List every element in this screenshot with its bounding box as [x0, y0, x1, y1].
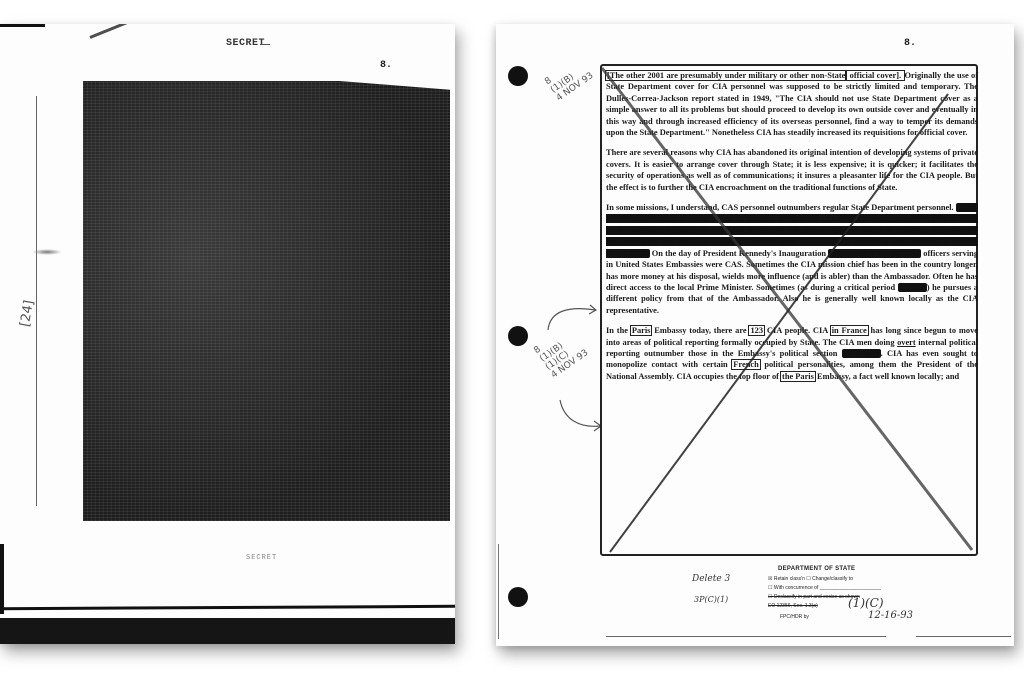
redacted-text: 47 percent of the political: [828, 249, 921, 258]
classification-stamp-bottom: SECRET: [246, 554, 277, 562]
text: On the day of President Kennedy's Inaugu…: [650, 249, 829, 258]
paragraph-1: [The other 2001 are presumably under mil…: [606, 70, 978, 138]
scan-edge-line: [606, 636, 886, 637]
handwritten-date: 12-16-93: [868, 610, 913, 621]
boxed-text: in France: [831, 326, 868, 335]
redacted-text: in Laos: [898, 283, 927, 292]
page-number: 8.: [380, 60, 392, 71]
stamp-title: DEPARTMENT OF STATE: [778, 566, 855, 572]
text: In the: [606, 326, 631, 335]
stamp-line-eo: EO 12356, Sec. 1.3(a): [768, 603, 818, 609]
redacted-block: [83, 81, 450, 521]
page-number: 8.: [904, 38, 916, 49]
handwritten-annotation: 3P(C)(1): [694, 595, 728, 604]
handwritten-codes: (1)(C): [848, 596, 884, 610]
scan-artifact: [32, 249, 62, 255]
exemption-margin-mark: 8 (1)(B) 4 NOV 93: [543, 54, 595, 103]
paragraph-2: There are several reasons why CIA has ab…: [606, 147, 978, 193]
boxed-text: official cover].: [846, 71, 904, 80]
stamp-line-concurrence: ☐ With concurrence of __________________…: [768, 585, 881, 591]
text: Originally the use of State Department c…: [606, 71, 978, 137]
text: Embassy today, there are: [651, 326, 749, 335]
underlined-text: overt: [897, 338, 916, 347]
punch-hole-icon: [508, 587, 528, 607]
text: In some missions, I understand, CAS pers…: [606, 203, 956, 212]
scan-smear: [89, 24, 155, 39]
fpc-label: FPC/HDR by: [780, 614, 809, 620]
boxed-text: 123: [749, 326, 764, 335]
scan-edge-line: [0, 605, 455, 610]
text: There are several reasons why CIA has ab…: [606, 148, 978, 191]
checked-box-icon: ☒: [768, 576, 772, 582]
boxed-text: [The other 2001 are presumably under mil…: [606, 71, 846, 80]
change-label: Change/classify to: [812, 576, 853, 582]
punch-hole-icon: [508, 326, 528, 346]
concurrence-label: With concurrence of: [774, 585, 818, 591]
stamp-line-retain: ☒ Retain class'n ☐ Change/classify to: [768, 576, 853, 582]
scan-artifact: [0, 24, 45, 27]
scan-bottom-bar: [0, 618, 455, 644]
classification-stamp-top: SECRET: [226, 38, 265, 49]
stamp-line-declassify: ☐ Declassify in part and excise as shown: [768, 594, 860, 600]
text: CIA people. CIA: [764, 326, 831, 335]
scan-edge: [0, 544, 4, 614]
declassify-label: Declassify in part and excise as shown: [774, 594, 860, 600]
boxed-text: the Paris: [781, 372, 815, 381]
text: Embassy, a fact well known locally; and: [815, 372, 959, 381]
right-document-page: 8. 8 (1)(B) 4 NOV 93 8 (1)(B) (1)(C) 4 N…: [496, 24, 1014, 646]
boxed-text: French: [732, 360, 759, 369]
redacted-text: by 2 to 1: [842, 349, 881, 358]
paragraph-4: In the Paris Embassy today, there are 12…: [606, 325, 978, 382]
boxed-text: Paris: [631, 326, 652, 335]
retain-label: Retain class'n: [774, 576, 805, 582]
punch-hole-icon: [508, 66, 528, 86]
stamp-line-fpc: FPC/HDR by: [780, 614, 809, 620]
left-document-page: SECRET 8. [24] SECRET: [0, 24, 455, 644]
paragraph-3: In some missions, I understand, CAS pers…: [606, 202, 978, 316]
scan-edge: [498, 544, 499, 639]
handwritten-annotation: Delete 3: [692, 574, 730, 584]
scan-edge-line: [916, 636, 1011, 637]
document-body: [The other 2001 are presumably under mil…: [606, 70, 978, 391]
handwritten-margin-note: [24]: [18, 299, 37, 328]
